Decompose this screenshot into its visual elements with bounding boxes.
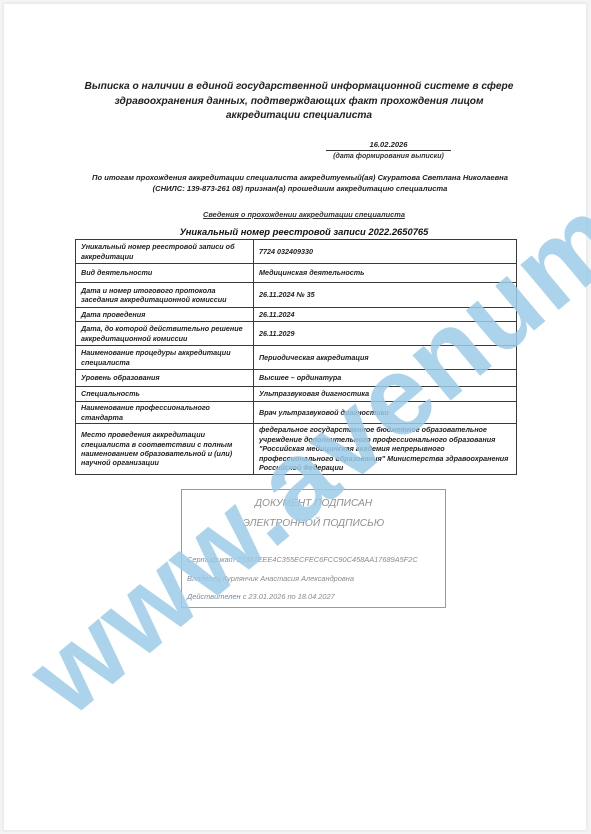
formation-date: 16.02.2026 [326,140,451,151]
row-value: 26.11.2029 [254,322,517,346]
signature-stamp: ДОКУМЕНТ ПОДПИСАН ЭЛЕКТРОННОЙ ПОДПИСЬЮ С… [181,489,446,608]
table-row: Дата, до которой действительно решение а… [76,322,517,346]
registry-title: Уникальный номер реестровой записи 2022.… [124,226,484,237]
row-label: Наименование процедуры аккредитации спец… [76,346,254,370]
table-row: СпециальностьУльтразвуковая диагностика [76,387,517,402]
accreditation-table: Уникальный номер реестровой записи об ак… [75,239,517,475]
document-title: Выписка о наличии в единой государственн… [84,80,514,124]
row-label: Дата и номер итогового протокола заседан… [76,283,254,308]
formation-date-block: 16.02.2026 (дата формирования выписки) [326,140,451,160]
signature-heading-line2: ЭЛЕКТРОННОЙ ПОДПИСЬЮ [182,514,445,534]
formation-date-caption: (дата формирования выписки) [326,153,451,160]
owner-value: Курлянчик Анастасия Александровна [223,574,354,583]
table-row: Уровень образованияВысшее – ординатура [76,370,517,387]
row-label: Уникальный номер реестровой записи об ак… [76,240,254,264]
row-label: Специальность [76,387,254,402]
row-value: Ультразвуковая диагностика [254,387,517,402]
row-value: Высшее – ординатура [254,370,517,387]
table-row: Уникальный номер реестровой записи об ак… [76,240,517,264]
signature-certificate: Сертификат 23387EEE4C355ECFEC6FCC90C458A… [187,555,418,564]
table-row: Вид деятельностиМедицинская деятельность [76,264,517,283]
row-value: Медицинская деятельность [254,264,517,283]
row-value: 26.11.2024 [254,308,517,322]
row-value: 26.11.2024 № 35 [254,283,517,308]
row-value: Периодическая аккредитация [254,346,517,370]
row-value: 7724 032409330 [254,240,517,264]
signature-heading-line1: ДОКУМЕНТ ПОДПИСАН [182,494,445,514]
table-row: Наименование профессионального стандарта… [76,402,517,424]
row-label: Дата проведения [76,308,254,322]
signature-validity: Действителен с 23.01.2026 по 18.04.2027 [187,592,335,601]
certificate-value: 23387EEE4C355ECFEC6FCC90C458AA17689A5F2C [237,555,418,564]
table-row: Дата проведения26.11.2024 [76,308,517,322]
section-caption: Сведения о прохождении аккредитации спец… [154,210,454,219]
row-value: федеральное государственное бюджетное об… [254,424,517,475]
table-row: Дата и номер итогового протокола заседан… [76,283,517,308]
row-value: Врач ультразвуковой диагностики [254,402,517,424]
row-label: Наименование профессионального стандарта [76,402,254,424]
validity-value: с 23.01.2026 по 18.04.2027 [243,592,335,601]
table-row: Наименование процедуры аккредитации спец… [76,346,517,370]
row-label: Место проведения аккредитации специалист… [76,424,254,475]
table-row: Место проведения аккредитации специалист… [76,424,517,475]
row-label: Уровень образования [76,370,254,387]
intro-text: По итогам прохождения аккредитации специ… [76,172,524,194]
row-label: Дата, до которой действительно решение а… [76,322,254,346]
row-label: Вид деятельности [76,264,254,283]
signature-owner: Владелец Курлянчик Анастасия Александров… [187,574,354,583]
